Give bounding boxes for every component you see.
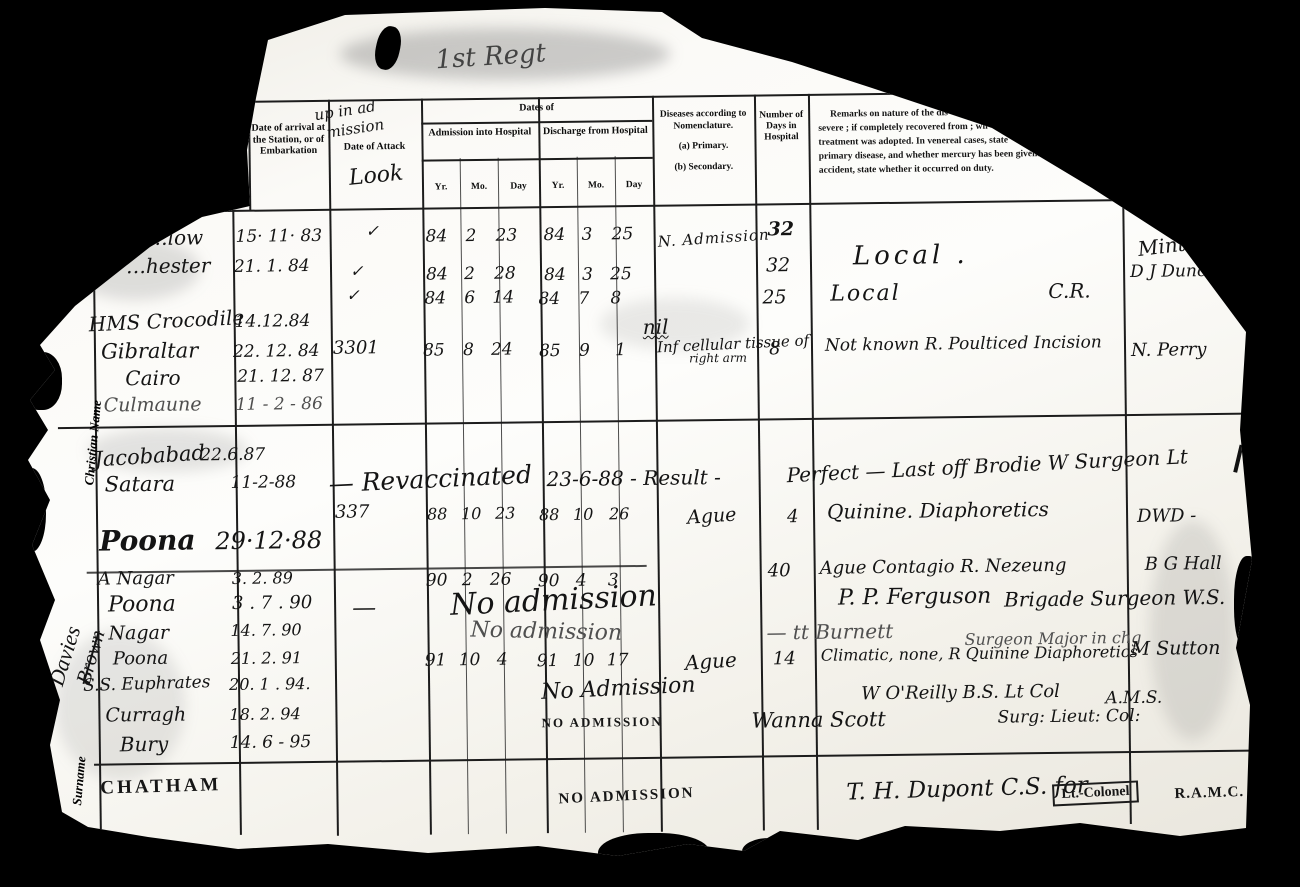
station-entry: S.S. Euphrates: [83, 672, 211, 696]
signature: Minto: [1137, 230, 1199, 261]
grid-line-h: [248, 89, 1242, 103]
surname-label: Surname: [66, 725, 92, 836]
header-attack-col: Date of Attack: [330, 141, 418, 154]
adm-day: 23: [495, 504, 516, 523]
header-scribble: Look: [348, 161, 405, 191]
adm-yr: 90: [426, 570, 448, 590]
dis-yr: 84: [543, 225, 565, 245]
days-entry: 32: [766, 254, 790, 276]
header-remarks-1: Remarks on nature of the dis: [830, 108, 948, 119]
adm-mo: 10: [459, 650, 481, 670]
grid-line-v: [615, 156, 624, 832]
station-entry: A Nagar: [98, 568, 174, 590]
arrival-date: 29·12·88: [215, 526, 322, 555]
dis-mo: 7: [578, 289, 589, 309]
dash-mark: —: [352, 593, 376, 621]
adm-mo: 10: [461, 504, 482, 523]
tear-hole: [742, 838, 802, 868]
days-entry: 14: [773, 648, 796, 669]
remarks-entry: — tt Burnett: [766, 619, 893, 645]
dis-mo: 10: [573, 651, 595, 671]
station-entry: Poona: [113, 648, 169, 670]
remarks-entry: Climatic, none, R Quinine Diaphoretics: [821, 642, 1138, 665]
dis-day: 26: [609, 504, 630, 523]
no-admission-note: No admission: [449, 578, 657, 623]
signature: B G Hall: [1145, 553, 1222, 575]
dis-mo: 9: [579, 341, 590, 361]
remarks-extra: C.R.: [1048, 278, 1091, 303]
adm-mo: 6: [464, 288, 475, 308]
header-diseases-primary: (a) Primary.: [654, 141, 752, 153]
adm-yr: 84: [426, 264, 448, 284]
arrival-date: 21. 12. 87: [237, 366, 324, 387]
station-entry: Curragh: [105, 704, 186, 727]
arrival-date: 15· 11· 83: [235, 226, 322, 247]
days-entry: 8: [769, 338, 781, 359]
christian-name-label: Christian Name: [77, 357, 109, 528]
arrival-date: 14. 6 - 95: [230, 732, 312, 753]
revaccination-result: Perfect — Last off Brodie W Surgeon Lt: [786, 444, 1188, 487]
dis-mo: 3: [581, 225, 592, 245]
header-yr: Yr.: [539, 181, 577, 192]
grid-line-h: [421, 120, 652, 125]
remarks-entry: Quinine. Diaphoretics: [827, 497, 1049, 524]
station-entry: …hester: [126, 253, 211, 278]
adm-yr: 88: [427, 504, 448, 523]
chatham-station-stamp: CHATHAM: [100, 774, 222, 800]
station-entry: HMS Crocodile: [88, 305, 245, 336]
ink-mark: [1233, 445, 1243, 473]
adm-day: 4: [497, 650, 508, 670]
disease-detail: right arm: [689, 351, 747, 366]
adm-day: 28: [494, 264, 516, 284]
adm-yr: 84: [424, 288, 446, 308]
arrival-date: 3 . 7 . 90: [232, 592, 312, 614]
document-paper: Date of arrival at the Station, or of Em…: [0, 0, 1300, 887]
adm-mo: 2: [464, 264, 475, 284]
tear-hole: [20, 352, 62, 410]
adm-day: 23: [495, 225, 517, 245]
arrival-date: 22. 12. 84: [233, 341, 320, 362]
header-yr: Yr.: [422, 182, 460, 193]
header-remarks-3: treatment was adopted. In venereal cases…: [818, 135, 1008, 147]
disease-entry: Ague: [684, 648, 737, 675]
dis-day: 8: [610, 288, 621, 308]
remarks-entry: Local: [830, 281, 901, 307]
check-mark: ✓: [365, 221, 379, 240]
arrival-date: 18. 2. 94: [229, 704, 300, 724]
remarks-entry: Local .: [853, 240, 969, 271]
remarks-entry: Wanna Scott: [751, 707, 885, 733]
attack-number: 3301: [333, 337, 379, 359]
header-days-col: Number of Days in Hospital: [756, 110, 806, 143]
tear-hole: [1234, 556, 1262, 652]
attack-number: 337: [335, 501, 370, 522]
header-remarks-4: primary disease, and whether mercury has…: [819, 149, 1057, 162]
arrival-date: 14.12.84: [235, 311, 311, 332]
header-remarks-2: severe ; if completely recovered from ; …: [818, 122, 988, 134]
header-mo: Mo.: [460, 182, 498, 193]
station-entry: Nagar: [108, 622, 169, 645]
arrival-date: 22.6.87: [200, 445, 265, 466]
header-dates-of: Dates of: [421, 101, 652, 115]
arrival-date: 11-2-88: [230, 472, 296, 493]
no-admission-note: No Admission: [541, 673, 696, 705]
dis-day: 25: [611, 224, 633, 244]
remarks-entry: Ague Contagio R. Nezeung: [820, 555, 1067, 579]
arrival-date: 11 - 2 - 86: [236, 394, 323, 415]
arrival-date: 20. 1 . 94.: [229, 674, 311, 694]
header-diseases-secondary: (b) Secondary.: [655, 162, 753, 174]
nil-note: nil: [643, 315, 669, 339]
dis-yr: 88: [539, 505, 560, 524]
header-day: Day: [498, 181, 539, 192]
adm-yr: 84: [425, 226, 447, 246]
adm-day: 14: [492, 288, 514, 308]
header-diseases-1: Diseases according to: [654, 109, 752, 121]
grid-line-h: [422, 157, 653, 162]
header-remarks-5: accident, state whether it occurred on d…: [819, 164, 994, 176]
adm-mo: 2: [465, 226, 476, 246]
days-entry: 25: [762, 286, 786, 308]
dis-day: 25: [610, 264, 632, 284]
dis-mo: 10: [573, 505, 594, 524]
signature: Brigade Surgeon W.S.: [1004, 585, 1225, 612]
tear-hole: [14, 468, 46, 552]
dis-yr: 84: [538, 289, 560, 309]
disease-entry: N. Admission: [657, 225, 770, 250]
arrival-date: 14. 7. 90: [230, 620, 301, 640]
arrival-date: 21. 1. 84: [234, 256, 310, 277]
header-mo: Mo.: [577, 180, 615, 191]
signature: D J Duncan: [1130, 261, 1228, 282]
adm-yr: 85: [423, 340, 445, 360]
revaccination-date: 23-6-88 - Result -: [546, 465, 720, 491]
dis-yr: 91: [537, 651, 559, 671]
station-entry: Cairo: [125, 366, 181, 391]
dis-day: 17: [607, 650, 629, 670]
station-entry: Gibraltar: [101, 338, 199, 363]
no-admission-note: No admission: [470, 617, 622, 645]
adm-mo: 8: [463, 340, 474, 360]
signature: N. Perry: [1131, 339, 1207, 361]
dis-yr: 85: [539, 341, 561, 361]
station-entry: …low: [147, 225, 203, 250]
station-entry: Culmaune: [104, 393, 202, 416]
tear-hole: [598, 833, 710, 877]
station-entry: Poona: [108, 592, 176, 618]
top-regiment-note: 1st Regt: [435, 38, 547, 75]
dis-mo: 3: [582, 265, 593, 285]
adm-day: 24: [491, 340, 513, 360]
station-entry: Satara: [104, 472, 175, 497]
arrival-date: 3. 2. 89: [232, 568, 293, 588]
grid-line-v: [460, 158, 469, 834]
remarks-entry: Not known R. Poulticed Incision: [825, 332, 1102, 355]
header-arrival-col: Date of arrival at the Station, or of Em…: [250, 122, 326, 157]
dis-day: 1: [615, 340, 626, 360]
station-entry: Poona: [99, 523, 196, 557]
disease-entry: Ague: [686, 504, 737, 529]
ramc-corps-stamp: R.A.M.C.: [1174, 784, 1244, 803]
station-entry: Bury: [120, 732, 169, 757]
adm-yr: 91: [425, 650, 447, 670]
lt-colonel-stamp: Lt.-Colonel: [1052, 780, 1139, 806]
signature: DWD -: [1137, 505, 1196, 527]
grid-line-v: [1122, 194, 1132, 824]
header-diseases-2: Nomenclature.: [654, 121, 752, 133]
scanned-medical-sheet: Date of arrival at the Station, or of Em…: [0, 0, 1300, 887]
check-mark: ✓: [346, 285, 360, 304]
days-entry: 32: [767, 218, 794, 240]
grid-line-v: [498, 158, 507, 834]
header-discharge-col: Discharge from Hospital: [540, 125, 650, 138]
days-entry: 40: [768, 560, 791, 581]
no-admission-stamp: NO ADMISSION: [558, 785, 695, 808]
station-entry: Jacobabad: [94, 440, 206, 471]
grid-line-v: [577, 157, 586, 833]
grid-line-h: [92, 198, 1242, 214]
sheet-content: Date of arrival at the Station, or of Em…: [0, 0, 1300, 887]
no-admission-stamp: NO ADMISSION: [541, 714, 662, 731]
dis-yr: 84: [544, 265, 566, 285]
header-day: Day: [615, 180, 653, 191]
remarks-entry: W O'Reilly B.S. Lt Col: [861, 681, 1060, 704]
signature: M Sutton: [1131, 637, 1221, 660]
arrival-date: 21. 2. 91: [231, 648, 302, 668]
remarks-entry: P. P. Ferguson: [838, 584, 992, 611]
days-entry: 4: [787, 506, 799, 527]
signature: Surg: Lieut: Col:: [997, 706, 1140, 728]
check-mark: ✓: [350, 261, 364, 280]
header-admission-col: Admission into Hospital: [423, 126, 536, 139]
